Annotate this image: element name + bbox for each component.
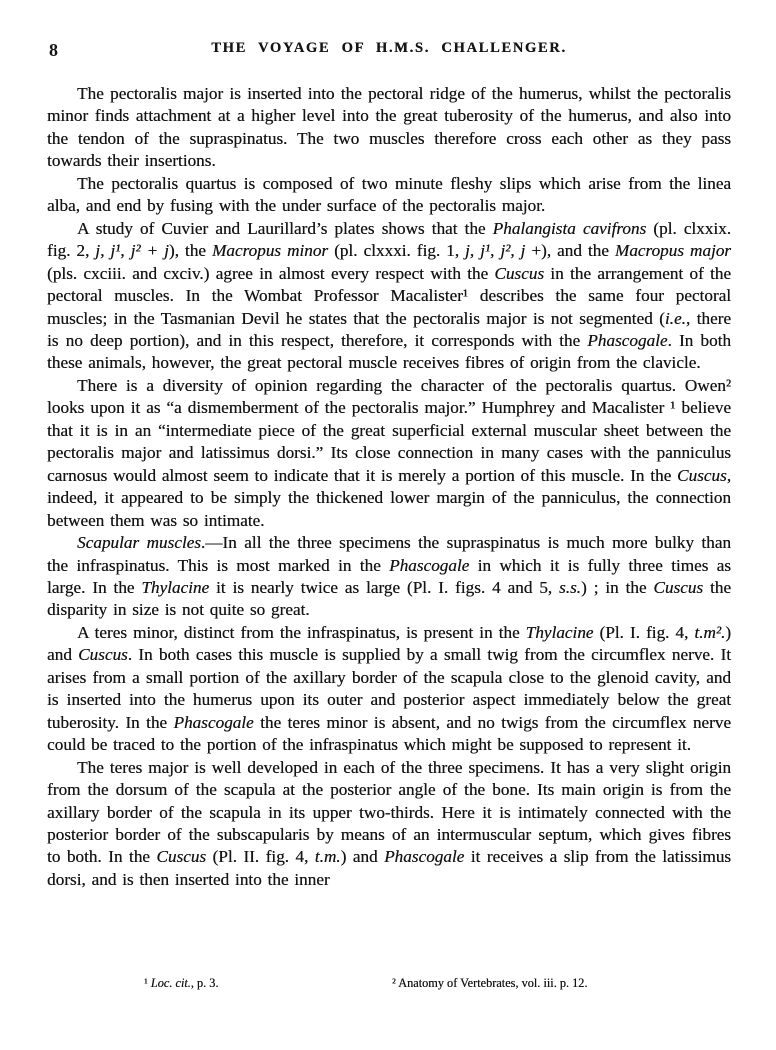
body-text: The pectoralis quartus is composed of tw… <box>47 174 731 215</box>
running-title: THE VOYAGE OF H.M.S. CHALLENGER. <box>47 40 731 57</box>
italic-text: Cuscus <box>494 264 544 283</box>
body-text: +), and the <box>525 241 615 260</box>
footnote: ² Anatomy of Vertebrates, vol. iii. p. 1… <box>392 976 587 991</box>
italic-text: Phascogale <box>173 713 253 732</box>
body-text: it is nearly twice as large (Pl. I. figs… <box>209 578 559 597</box>
body-text: ) ; in the <box>581 578 653 597</box>
paragraph: A teres minor, distinct from the infrasp… <box>47 622 731 757</box>
book-page: 8 THE VOYAGE OF H.M.S. CHALLENGER. The p… <box>0 0 776 1050</box>
body-text: (Pl. II. fig. 4, <box>206 847 315 866</box>
page-number: 8 <box>49 40 58 61</box>
italic-text: Phascogale <box>389 556 469 575</box>
body-text: ), the <box>169 241 212 260</box>
paragraph: The pectoralis quartus is composed of tw… <box>47 173 731 218</box>
body-text: There is a diversity of opinion regardin… <box>47 376 731 485</box>
body-text: ¹ <box>144 976 151 990</box>
italic-text: Cuscus <box>677 466 727 485</box>
italic-text: Scapular muscles <box>77 533 201 552</box>
italic-text: i.e. <box>665 309 686 328</box>
body-text: (pls. cxciii. and cxciv.) agree in almos… <box>47 264 494 283</box>
footnote: ¹ Loc. cit., p. 3. <box>144 976 218 991</box>
body-text: The pectoralis major is inserted into th… <box>47 84 731 170</box>
body-text: (Pl. I. fig. 4, <box>593 623 694 642</box>
italic-text: t.m. <box>315 847 341 866</box>
italic-text: Cuscus <box>653 578 703 597</box>
italic-text: Loc. cit. <box>151 976 191 990</box>
italic-text: Macropus major <box>615 241 731 260</box>
italic-text: j, j¹, j² + j <box>95 241 169 260</box>
italic-text: Phascogale <box>384 847 464 866</box>
italic-text: Thylacine <box>141 578 209 597</box>
body-text: (pl. clxxxi. fig. 1, <box>328 241 465 260</box>
footnotes-section: ¹ Loc. cit., p. 3.² Anatomy of Vertebrat… <box>47 976 731 998</box>
page-header: 8 THE VOYAGE OF H.M.S. CHALLENGER. <box>47 40 731 62</box>
paragraph: The teres major is well developed in eac… <box>47 757 731 892</box>
page-body: The pectoralis major is inserted into th… <box>47 83 731 891</box>
paragraph: Scapular muscles.—In all the three speci… <box>47 532 731 622</box>
body-text: , p. 3. <box>191 976 219 990</box>
paragraph: The pectoralis major is inserted into th… <box>47 83 731 173</box>
italic-text: Phalangista cavifrons <box>493 219 647 238</box>
body-text: A teres minor, distinct from the infrasp… <box>77 623 526 642</box>
italic-text: Cuscus <box>78 645 128 664</box>
body-text: ² Anatomy of Vertebrates, vol. iii. p. 1… <box>392 976 587 990</box>
paragraph: There is a diversity of opinion regardin… <box>47 375 731 532</box>
italic-text: Cuscus <box>156 847 206 866</box>
italic-text: Thylacine <box>526 623 594 642</box>
body-text: ) and <box>341 847 384 866</box>
italic-text: Phascogale <box>587 331 667 350</box>
paragraph: A study of Cuvier and Laurillard’s plate… <box>47 218 731 375</box>
body-text: A study of Cuvier and Laurillard’s plate… <box>77 219 493 238</box>
italic-text: Macropus minor <box>212 241 328 260</box>
italic-text: j, j¹, j², j <box>465 241 525 260</box>
italic-text: t.m². <box>694 623 725 642</box>
italic-text: s.s. <box>559 578 581 597</box>
